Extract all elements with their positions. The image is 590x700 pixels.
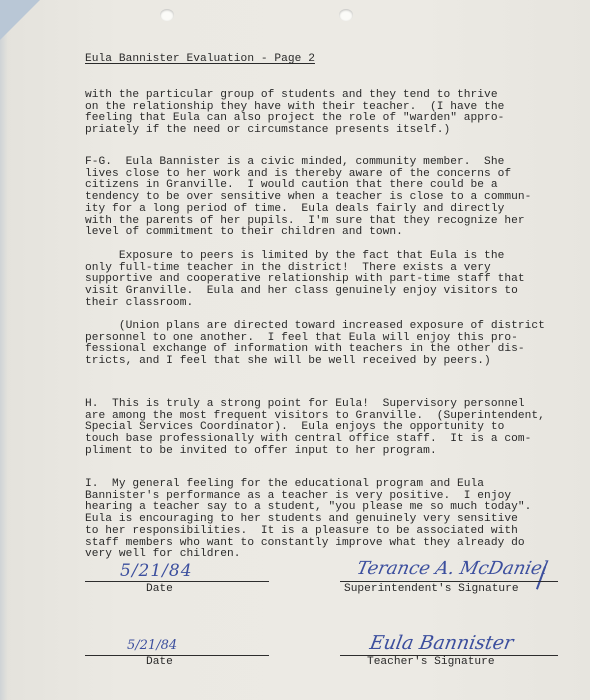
date-label: Date [146,656,173,668]
superintendent-signature-handwritten: Terance A. McDaniel [355,558,550,579]
date-line [85,655,269,656]
superintendent-signature-label: Superintendent's Signature [344,583,519,595]
paragraph-continuation: with the particular group of students an… [85,90,504,137]
signature-line [340,581,558,582]
date-label: Date [146,583,173,595]
document-page: Eula Bannister Evaluation - Page 2 with … [0,0,590,700]
punch-hole-icon [339,9,353,21]
folded-corner [0,0,40,40]
page-edge-shadow [0,0,8,700]
paragraph-h: H. This is truly a strong point for Eula… [85,399,545,458]
paragraph-exposure-to-peers: Exposure to peers is limited by the fact… [85,251,525,310]
superintendent-date-handwritten: 5/21/84 [120,561,193,581]
date-line [85,581,269,582]
teacher-signature-label: Teacher's Signature [367,656,495,668]
teacher-signature-handwritten: Eula Bannister [368,632,515,654]
punch-hole-icon [160,9,174,21]
paragraph-i: I. My general feeling for the educationa… [85,479,531,561]
teacher-date-handwritten: 5/21/84 [127,638,177,653]
page-title: Eula Bannister Evaluation - Page 2 [85,54,315,66]
paragraph-f-g: F-G. Eula Bannister is a civic minded, c… [85,157,531,239]
paragraph-union-plans: (Union plans are directed toward increas… [85,321,545,368]
